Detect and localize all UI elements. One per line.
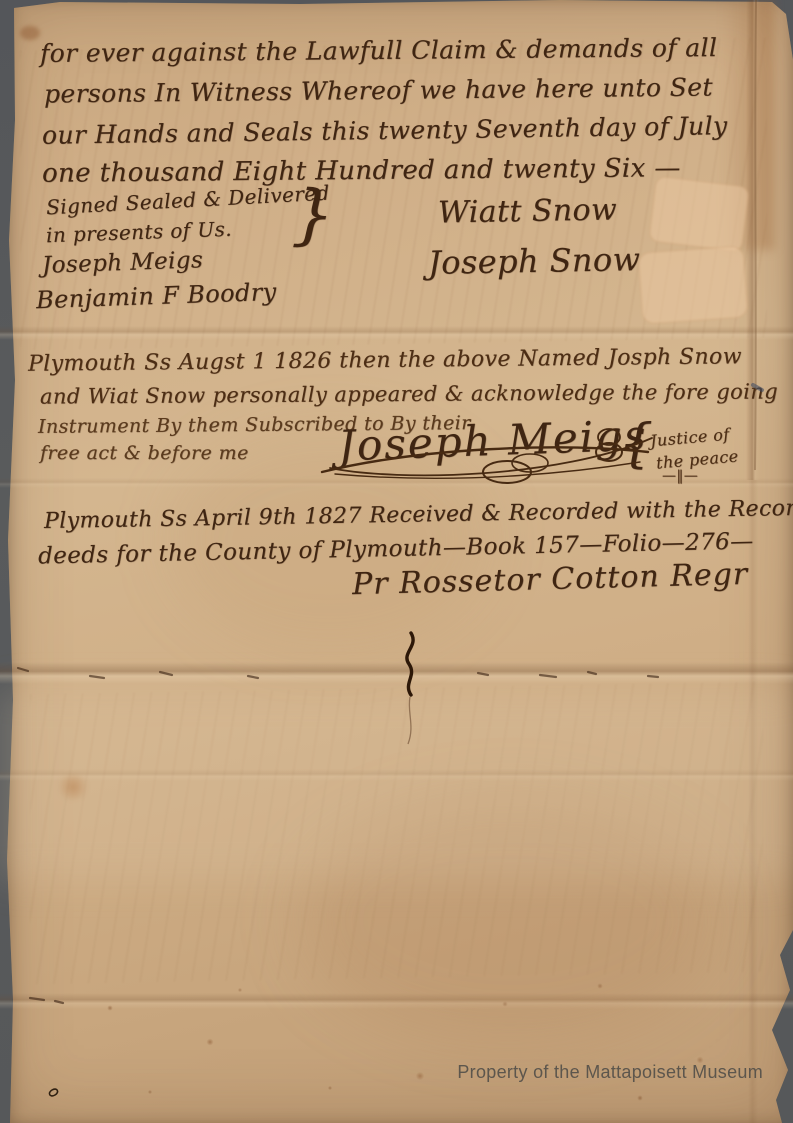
wafer-seal-mark [638, 245, 749, 324]
document-photo: for ever against the Lawfull Claim & dem… [0, 0, 793, 1123]
fold-crease-vertical [748, 480, 758, 1123]
acknowledgment-line: free act & before me [40, 442, 249, 464]
grantor-signature: Joseph Snow [428, 240, 641, 282]
wafer-seal-mark [648, 176, 749, 253]
fold-crease-vertical [746, 0, 760, 480]
museum-watermark: Property of the Mattapoisett Museum [457, 1062, 763, 1083]
grantor-signature: Wiatt Snow [438, 192, 618, 230]
justice-title-flourish: —‖— [662, 468, 698, 484]
attestation-brace: } [291, 175, 336, 253]
justice-title-brace: { [620, 414, 653, 474]
deed-body-line: one thousand Eight Hundred and twenty Si… [42, 153, 681, 189]
deed-body-line: for ever against the Lawfull Claim & dem… [40, 33, 718, 68]
